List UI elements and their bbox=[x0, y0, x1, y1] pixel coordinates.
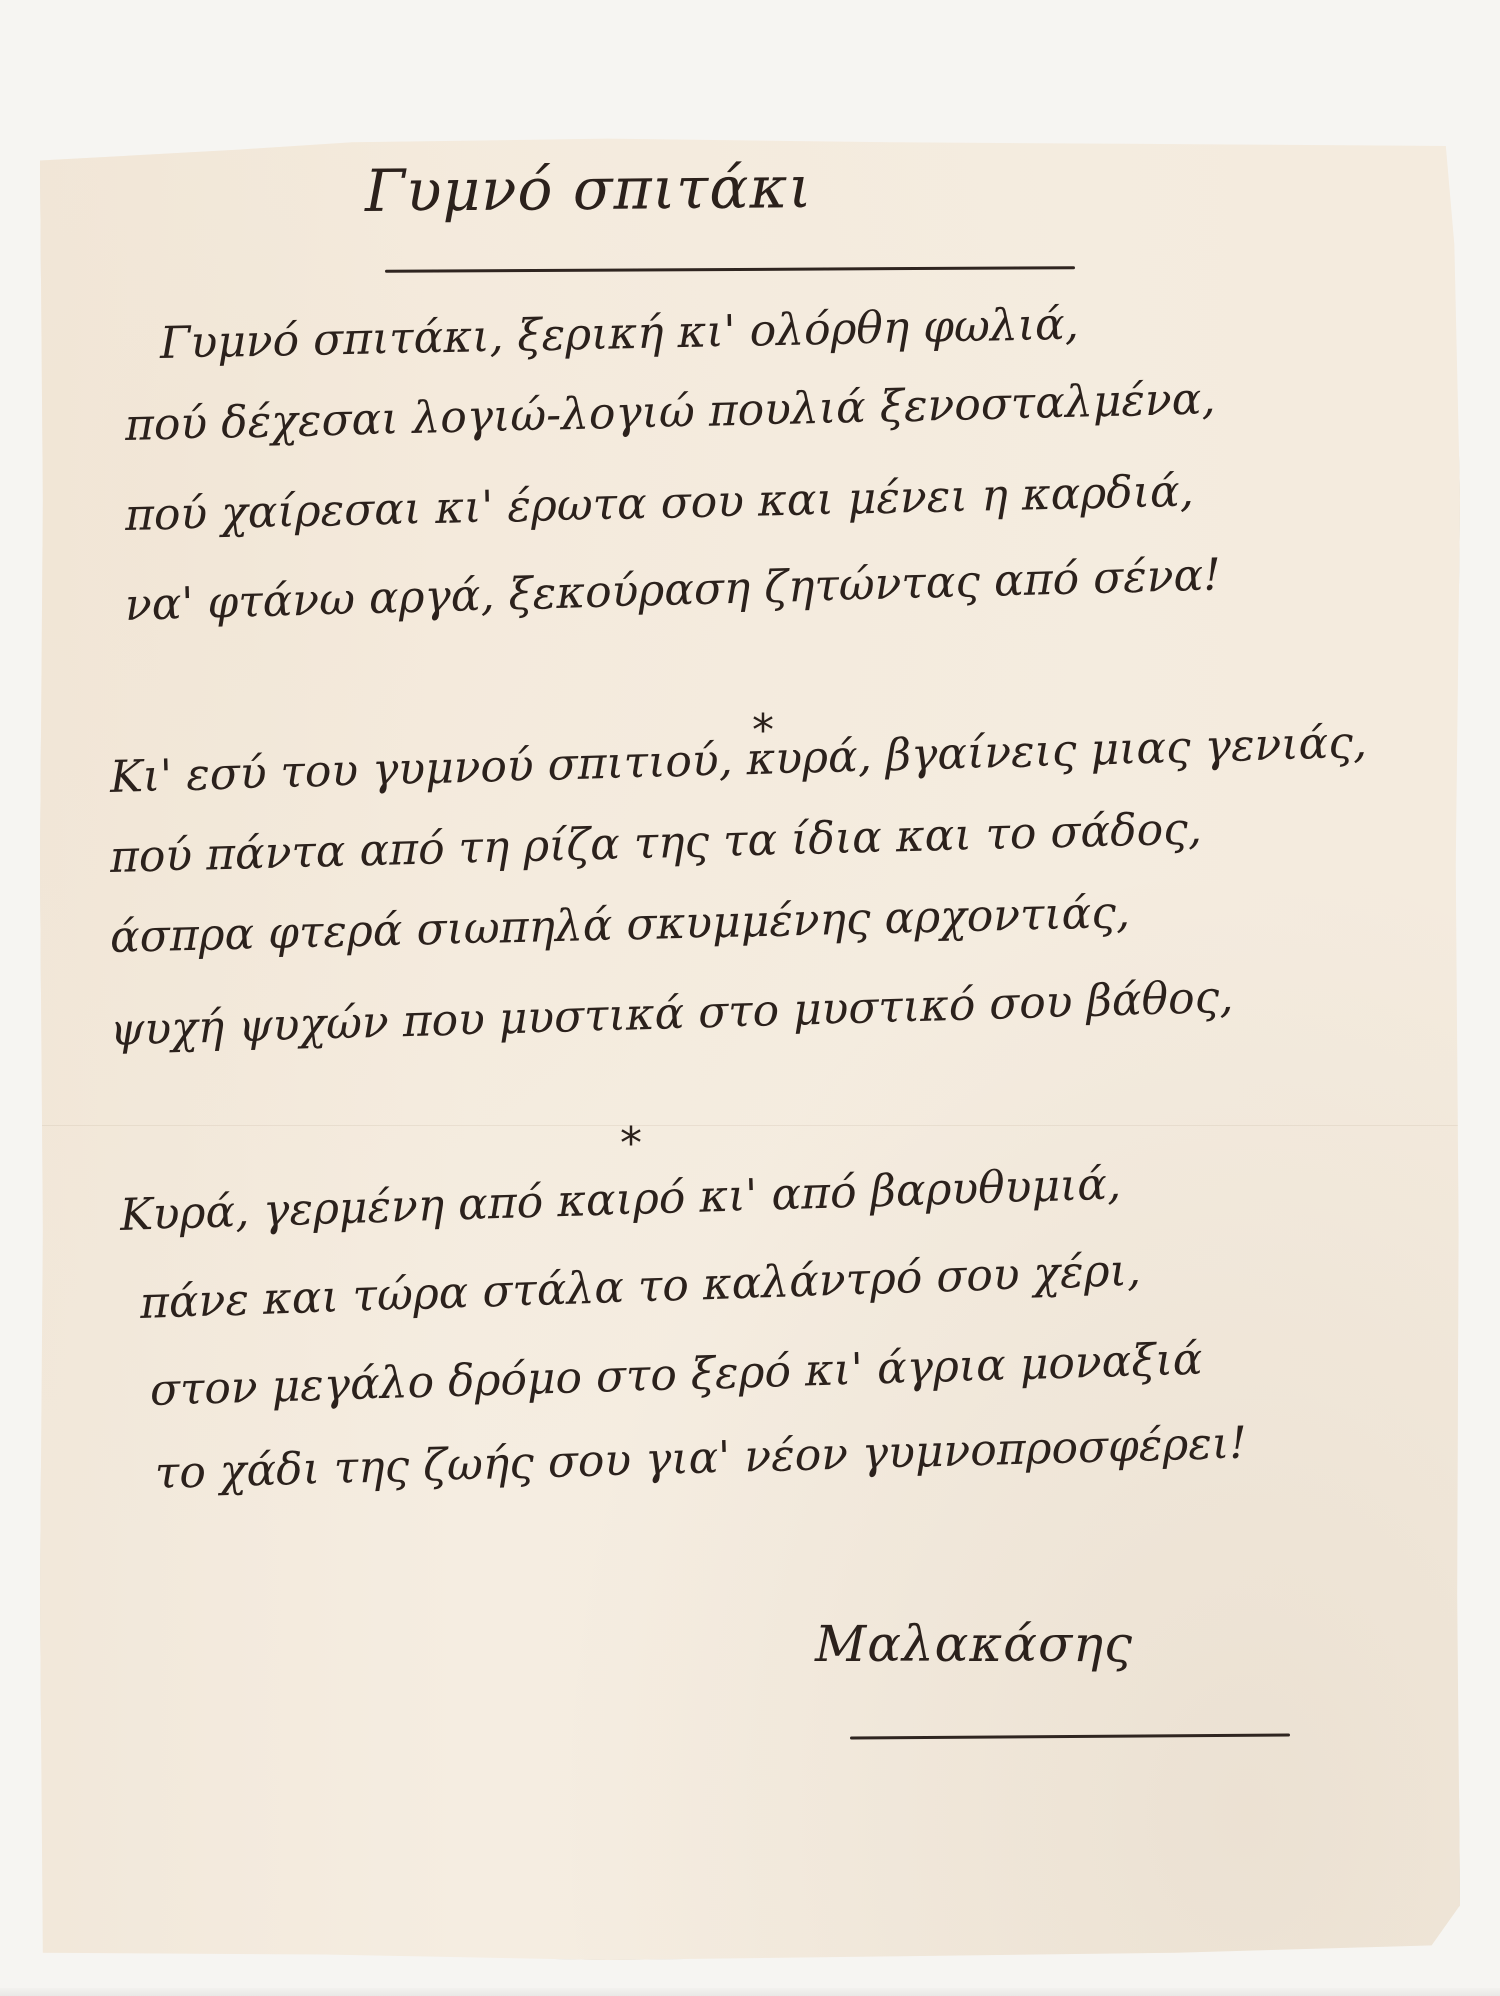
mat-bottom-shadow bbox=[0, 1988, 1500, 1996]
paper-fold-line bbox=[40, 1125, 1460, 1126]
poem-title: Γυμνό σπιτάκι bbox=[365, 153, 813, 225]
stanza-marker-asterisk: * bbox=[620, 1118, 642, 1169]
author-signature: Μαλακάσης bbox=[815, 1615, 1133, 1673]
